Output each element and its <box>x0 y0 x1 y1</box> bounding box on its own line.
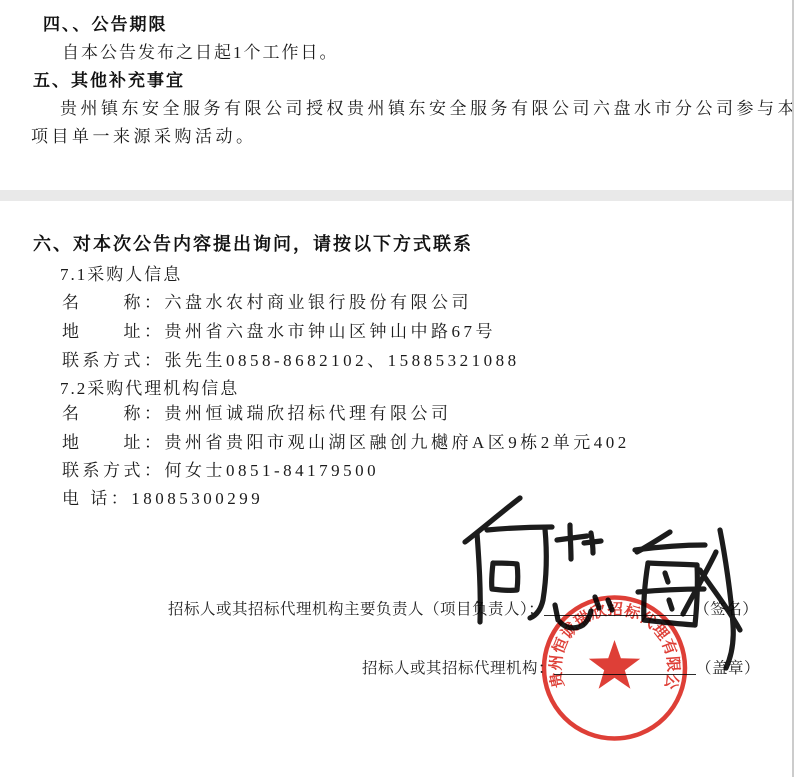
agency-addr-value: 贵州省贵阳市观山湖区融创九樾府A区9栋2单元402 <box>165 433 630 452</box>
purchaser-name-value: 六盘水农村商业银行股份有限公司 <box>165 293 473 312</box>
agency-name-label: 名 称： <box>62 404 165 423</box>
signature-stroke <box>700 570 740 630</box>
signature-stroke <box>487 527 552 530</box>
signature-stroke <box>530 529 546 618</box>
signature-stroke <box>570 525 571 559</box>
purchaser-name-label: 名 称： <box>62 293 165 312</box>
agency-phone-row: 电 话：18085300299 <box>62 490 263 507</box>
agency-contact-value: 何女士0851-84179500 <box>165 461 380 480</box>
signature-stroke <box>595 597 599 608</box>
heading-announcement-period: 四、、公告期限 <box>43 16 168 33</box>
document-page: 四、、公告期限 自本公告发布之日起1个工作日。 五、其他补充事宜 贵州镇东安全服… <box>0 0 795 777</box>
page-separator <box>0 190 793 201</box>
agency-addr-label: 地 址： <box>62 433 165 452</box>
agency-name-row: 名 称：贵州恒诚瑞欣招标代理有限公司 <box>62 405 452 422</box>
purchaser-contact-label: 联系方式： <box>62 351 165 370</box>
page-right-edge <box>792 0 794 777</box>
signature-stroke <box>584 541 601 543</box>
purchaser-contact-row: 联系方式：张先生0858-8682102、15885321088 <box>62 352 520 369</box>
signature-stroke <box>560 611 591 628</box>
signature-stroke <box>608 600 612 610</box>
heading-contact-info: 六、对本次公告内容提出询问，请按以下方式联系 <box>33 235 473 253</box>
purchaser-addr-value: 贵州省六盘水市钟山区钟山中路67号 <box>165 322 497 341</box>
purchaser-name-row: 名 称：六盘水农村商业银行股份有限公司 <box>62 294 472 311</box>
signature-stroke <box>492 563 518 590</box>
para-announcement-period: 自本公告发布之日起1个工作日。 <box>62 44 339 61</box>
signature-stroke <box>665 573 668 582</box>
para-other-matters-line1: 贵州镇东安全服务有限公司授权贵州镇东安全服务有限公司六盘水市分公司参与本 <box>60 100 795 117</box>
agency-contact-label: 联系方式： <box>62 461 165 480</box>
signature-stroke <box>669 600 672 609</box>
signature-stroke <box>555 605 558 620</box>
signature-stroke <box>465 498 520 542</box>
purchaser-contact-value: 张先生0858-8682102、15885321088 <box>165 351 520 370</box>
signature-stroke <box>644 620 695 625</box>
purchaser-addr-row: 地 址：贵州省六盘水市钟山区钟山中路67号 <box>62 323 496 340</box>
agency-name-value: 贵州恒诚瑞欣招标代理有限公司 <box>165 404 452 423</box>
heading-other-matters: 五、其他补充事宜 <box>33 72 185 89</box>
signature-stroke <box>648 563 697 565</box>
agency-phone-value: 18085300299 <box>131 489 263 508</box>
agency-phone-label: 电 话： <box>62 489 131 508</box>
signature-stroke <box>477 533 480 622</box>
purchaser-addr-label: 地 址： <box>62 322 165 341</box>
agency-title: 7.2采购代理机构信息 <box>60 380 239 397</box>
agency-contact-row: 联系方式：何女士0851-84179500 <box>62 462 379 479</box>
purchaser-title: 7.1采购人信息 <box>60 266 182 283</box>
agency-addr-row: 地 址：贵州省贵阳市观山湖区融创九樾府A区9栋2单元402 <box>62 434 630 451</box>
handwritten-signature <box>455 483 755 678</box>
para-other-matters-line2: 项目单一来源采购活动。 <box>31 128 257 145</box>
signature-stroke <box>557 536 587 540</box>
